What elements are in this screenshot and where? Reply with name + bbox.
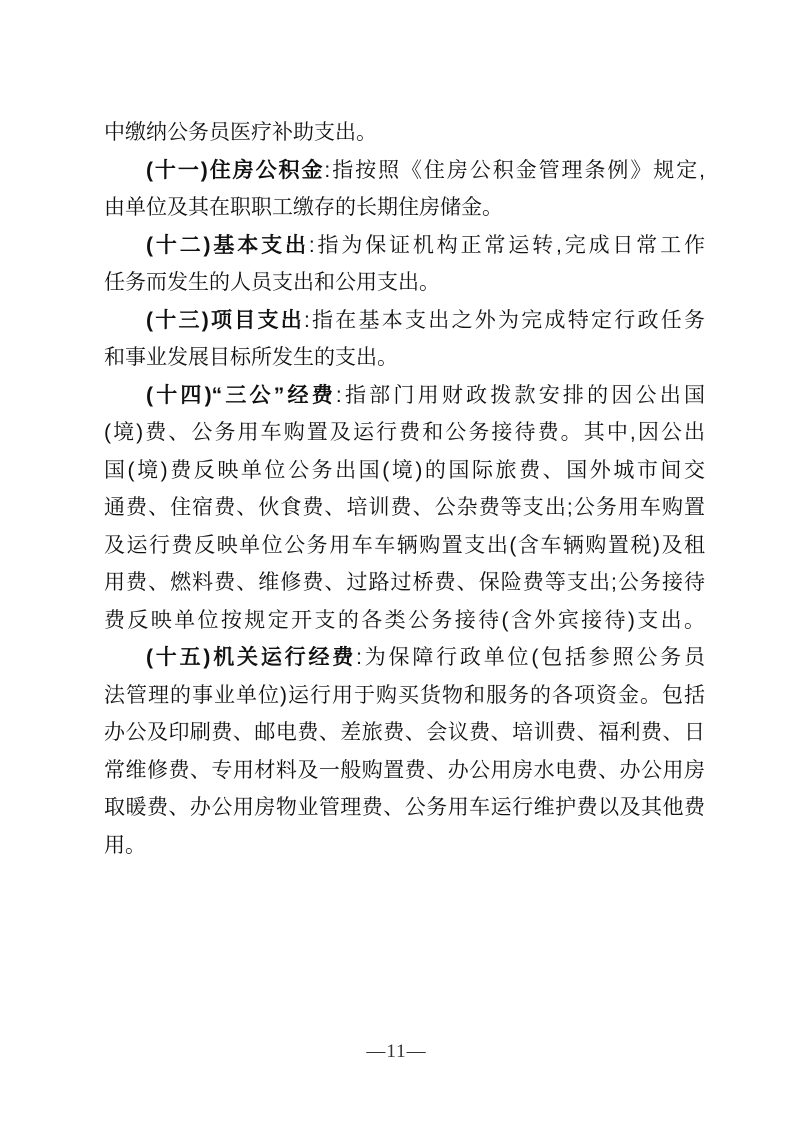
term-heading: (十四)“三公”经费 [146,384,336,407]
text-segment: 任务而发生的人员支出和公用支出。 [104,271,440,294]
text-line: 法管理的事业单位)运行用于购买货物和服务的各项资金。包括 [104,677,705,715]
text-line: 用费、燃料费、维修费、过路过桥费、保险费等支出;公务接待 [104,564,705,602]
text-segment: 通费、住宿费、伙食费、培训费、公杂费等支出;公务用车购置 [104,496,705,519]
text-segment: 费反映单位按规定开支的各类公务接待(含外宾接待)支出。 [104,609,705,632]
text-line: (境)费、公务用车购置及运行费和公务接待费。其中,因公出 [104,414,705,452]
text-segment: 国(境)费反映单位公务出国(境)的国际旅费、国外城市间交 [104,459,705,482]
text-segment: 用费、燃料费、维修费、过路过桥费、保险费等支出;公务接待 [104,571,705,594]
para-13-project-expenditure: (十三)项目支出:指在基本支出之外为完成特定行政任务和事业发展目标所发生的支出。 [104,302,705,377]
text-segment: (境)费、公务用车购置及运行费和公务接待费。其中,因公出 [104,421,705,444]
text-segment: 和事业发展目标所发生的支出。 [104,346,398,369]
text-segment: 由单位及其在职职工缴存的长期住房储金。 [104,196,503,219]
text-segment: 常维修费、专用材料及一般购置费、办公用房水电费、办公用房 [104,759,705,782]
text-line: 及运行费反映单位公务用车车辆购置支出(含车辆购置税)及租 [104,527,705,565]
text-line: 办公及印刷费、邮电费、差旅费、会议费、培训费、福利费、日 [104,714,705,752]
para-12-basic-expenditure: (十二)基本支出:指为保证机构正常运转,完成日常工作任务而发生的人员支出和公用支… [104,227,705,302]
document-page: 中缴纳公务员医疗补助支出。(十一)住房公积金:指按照《住房公积金管理条例》规定,… [0,0,793,1122]
text-line: 中缴纳公务员医疗补助支出。 [104,114,705,152]
text-segment: 用。 [104,834,146,857]
text-segment: 中缴纳公务员医疗补助支出。 [104,121,377,144]
text-line: (十四)“三公”经费:指部门用财政拨款安排的因公出国 [104,377,705,415]
text-line: 任务而发生的人员支出和公用支出。 [104,264,705,302]
text-line: 常维修费、专用材料及一般购置费、办公用房水电费、办公用房 [104,752,705,790]
para-11-housing-provident-fund: (十一)住房公积金:指按照《住房公积金管理条例》规定,由单位及其在职职工缴存的长… [104,152,705,227]
term-heading: (十三)项目支出 [146,309,304,332]
term-heading: (十五)机关运行经费 [146,646,356,669]
text-segment: :指为保证机构正常运转,完成日常工作 [309,234,705,257]
text-segment: :为保障行政单位(包括参照公务员 [356,646,705,669]
text-line: 和事业发展目标所发生的支出。 [104,339,705,377]
text-segment: 取暖费、办公用房物业管理费、公务用车运行维护费以及其他费 [104,796,705,819]
text-segment: :指部门用财政拨款安排的因公出国 [336,384,705,407]
text-line: 取暖费、办公用房物业管理费、公务用车运行维护费以及其他费 [104,789,705,827]
text-line: 用。 [104,827,705,865]
document-body: 中缴纳公务员医疗补助支出。(十一)住房公积金:指按照《住房公积金管理条例》规定,… [104,114,705,864]
text-line: (十一)住房公积金:指按照《住房公积金管理条例》规定, [104,152,705,190]
text-line: 国(境)费反映单位公务出国(境)的国际旅费、国外城市间交 [104,452,705,490]
text-segment: 法管理的事业单位)运行用于购买货物和服务的各项资金。包括 [104,684,705,707]
text-line: 通费、住宿费、伙食费、培训费、公杂费等支出;公务用车购置 [104,489,705,527]
term-heading: (十一)住房公积金 [146,159,324,182]
para-15-agency-operating-funds: (十五)机关运行经费:为保障行政单位(包括参照公务员法管理的事业单位)运行用于购… [104,639,705,864]
text-line: (十五)机关运行经费:为保障行政单位(包括参照公务员 [104,639,705,677]
text-segment: :指按照《住房公积金管理条例》规定, [324,159,705,182]
text-line: (十三)项目支出:指在基本支出之外为完成特定行政任务 [104,302,705,340]
para-14-three-public-expenses: (十四)“三公”经费:指部门用财政拨款安排的因公出国(境)费、公务用车购置及运行… [104,377,705,640]
term-heading: (十二)基本支出 [146,234,309,257]
text-segment: :指在基本支出之外为完成特定行政任务 [304,309,705,332]
text-segment: 办公及印刷费、邮电费、差旅费、会议费、培训费、福利费、日 [104,721,705,744]
text-line: 由单位及其在职职工缴存的长期住房储金。 [104,189,705,227]
para-continuation-medical-subsidy: 中缴纳公务员医疗补助支出。 [104,114,705,152]
text-line: (十二)基本支出:指为保证机构正常运转,完成日常工作 [104,227,705,265]
page-number: —11— [0,1041,793,1063]
text-line: 费反映单位按规定开支的各类公务接待(含外宾接待)支出。 [104,602,705,640]
text-segment: 及运行费反映单位公务用车车辆购置支出(含车辆购置税)及租 [104,534,705,557]
